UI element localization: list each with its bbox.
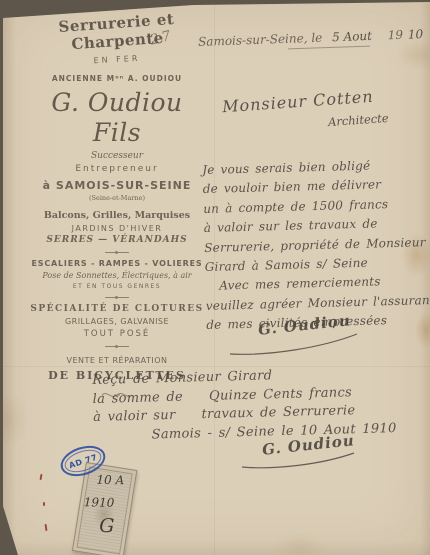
letterhead-service-sonnettes: Pose de Sonnettes, Électriques, à air [28, 271, 206, 280]
letterhead-department: (Seine-et-Marne) [28, 194, 206, 202]
addressee-name: Monsieur Cotten [222, 87, 375, 117]
letterhead-city: à SAMOIS-SUR-SEINE [28, 179, 206, 192]
addressee-title: Architecte [328, 111, 389, 129]
letter-body: Je vous serais bien obligé de vouloir bi… [202, 155, 430, 336]
ink-speck [39, 474, 42, 480]
letterhead-divider [105, 250, 129, 255]
ink-speck [43, 502, 45, 506]
letterhead-divider [105, 344, 129, 349]
dateline-blank-rule [288, 46, 370, 50]
receipt-line2a: la somme de [93, 389, 184, 406]
letterhead-former-firm: ANCIENNE Mᵒⁿ A. OUDIOU [28, 74, 206, 83]
letterhead-role: Entrepreneur [28, 164, 206, 174]
letterhead-service-serres: SERRES — VÉRANDAHS [28, 235, 206, 245]
dateline: Samois-sur-Seine, le 5 Aout 19 10 [198, 27, 424, 49]
letterhead-trade-title: Serrurerie et Charpente [27, 8, 207, 56]
letterhead-service-pose: TOUT POSÉ [28, 329, 206, 339]
dateline-year-handwritten: 10 [408, 27, 424, 42]
letterhead-divider [105, 295, 129, 300]
receipt-line2b: Quinze Cents francs [209, 385, 352, 404]
letterhead: Serrurerie et Charpente EN FER ANCIENNE … [28, 14, 206, 405]
letterhead-service-balcons: Balcons, Grilles, Marquises [28, 210, 206, 221]
letterhead-service-escaliers: ESCALIERS - RAMPES - VOLIERES [28, 259, 206, 268]
ink-speck [45, 524, 48, 531]
signature-flourish [226, 330, 361, 360]
letterhead-service-clotures: SPÉCIALITÉ DE CLOTURES [28, 304, 206, 314]
receipt-line3a: à valoir sur [93, 408, 176, 425]
letterhead-service-genres: ET EN TOUS GENRES [28, 283, 206, 290]
receipt-line3b: travaux de Serrurerie [201, 403, 355, 422]
stamp-cancellation-initial: G [99, 515, 115, 537]
dateline-day-handwritten: 5 Aout [332, 29, 372, 44]
letterhead-company-name: G. Oudiou Fils [28, 88, 206, 148]
letterhead-service-jardins: JARDINS D'HIVER [28, 224, 206, 233]
document-paper: Serrurerie et Charpente EN FER ANCIENNE … [0, 0, 430, 555]
dateline-century: 19 [388, 28, 404, 43]
stamp-cancellation-note: 10 A [96, 473, 124, 487]
fiscal-revenue-stamp: 10 A 1910 G [72, 462, 137, 555]
letterhead-service-grillages: GRILLAGES, GALVANISE [28, 317, 206, 326]
dateline-place: Samois-sur-Seine, le [198, 31, 323, 49]
signature-flourish [238, 450, 358, 472]
letterhead-successor: Successeur [28, 151, 206, 161]
stamp-cancellation-note: 1910 [84, 495, 115, 510]
letterhead-service-vente: VENTE ET RÉPARATION [28, 356, 206, 365]
